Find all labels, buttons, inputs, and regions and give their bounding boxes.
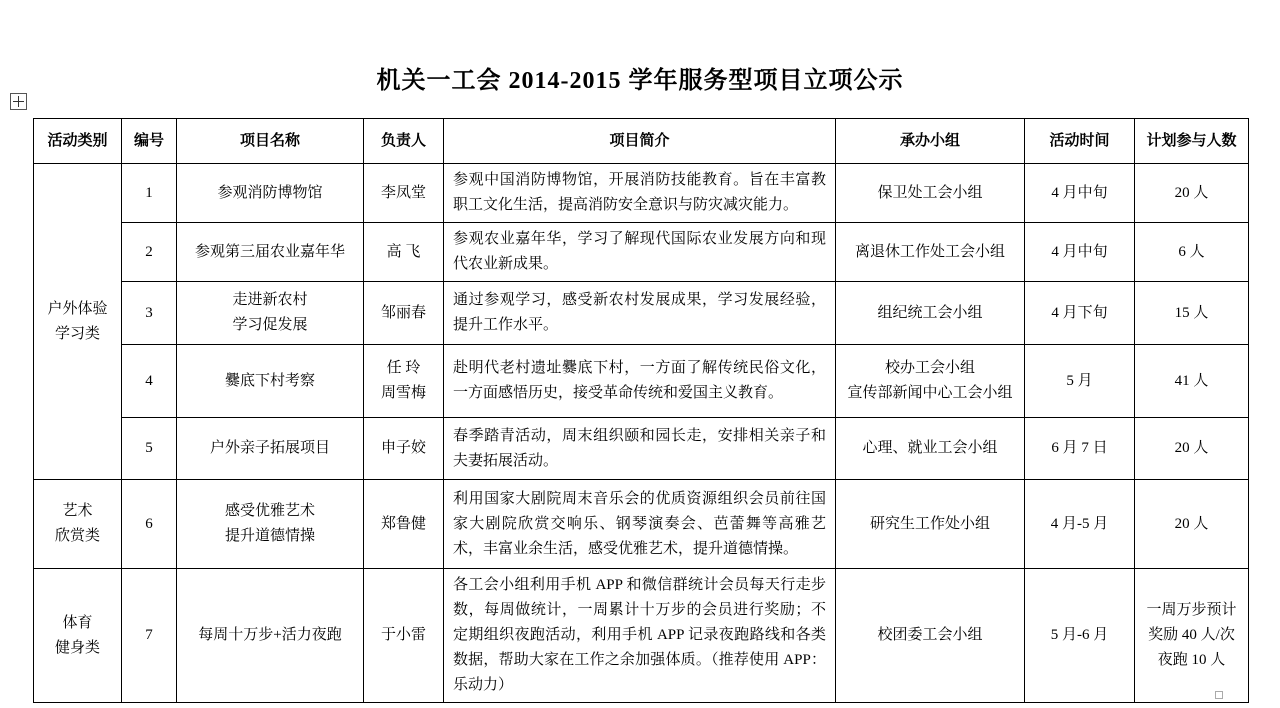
cell-participants[interactable]: 15 人	[1135, 282, 1249, 345]
cell-group[interactable]: 校办工会小组 宣传部新闻中心工会小组	[836, 345, 1025, 418]
header-no[interactable]: 编号	[122, 119, 177, 164]
header-leader[interactable]: 负责人	[364, 119, 444, 164]
cell-participants[interactable]: 20 人	[1135, 480, 1249, 569]
table-row: 艺术 欣赏类 6 感受优雅艺术 提升道德情操 郑鲁健 利用国家大剧院周末音乐会的…	[34, 480, 1249, 569]
cell-no[interactable]: 1	[122, 164, 177, 223]
cell-category[interactable]: 艺术 欣赏类	[34, 480, 122, 569]
cell-intro[interactable]: 赴明代老村遗址爨底下村，一方面了解传统民俗文化，一方面感悟历史，接受革命传统和爱…	[444, 345, 836, 418]
cell-group[interactable]: 离退休工作处工会小组	[836, 223, 1025, 282]
header-time[interactable]: 活动时间	[1025, 119, 1135, 164]
cell-category[interactable]: 户外体验 学习类	[34, 164, 122, 480]
table-header-row: 活动类别 编号 项目名称 负责人 项目简介 承办小组 活动时间 计划参与人数	[34, 119, 1249, 164]
cell-project-name[interactable]: 爨底下村考察	[177, 345, 364, 418]
cell-no[interactable]: 2	[122, 223, 177, 282]
header-intro[interactable]: 项目简介	[444, 119, 836, 164]
cell-leader[interactable]: 李凤堂	[364, 164, 444, 223]
cell-time[interactable]: 4 月下旬	[1025, 282, 1135, 345]
table-move-handle[interactable]	[10, 93, 27, 110]
document-page: 机关一工会 2014-2015 学年服务型项目立项公示 活动类别 编号 项目名称…	[0, 0, 1280, 708]
cell-time[interactable]: 5 月	[1025, 345, 1135, 418]
cell-no[interactable]: 5	[122, 418, 177, 480]
cell-intro[interactable]: 利用国家大剧院周末音乐会的优质资源组织会员前往国家大剧院欣赏交响乐、钢琴演奏会、…	[444, 480, 836, 569]
cell-project-name[interactable]: 户外亲子拓展项目	[177, 418, 364, 480]
table-row: 3 走进新农村 学习促发展 邹丽春 通过参观学习，感受新农村发展成果，学习发展经…	[34, 282, 1249, 345]
cell-intro[interactable]: 各工会小组利用手机 APP 和微信群统计会员每天行走步数，每周做统计，一周累计十…	[444, 569, 836, 703]
table-row: 体育 健身类 7 每周十万步+活力夜跑 于小雷 各工会小组利用手机 APP 和微…	[34, 569, 1249, 703]
cell-no[interactable]: 4	[122, 345, 177, 418]
cell-participants[interactable]: 6 人	[1135, 223, 1249, 282]
cell-project-name[interactable]: 走进新农村 学习促发展	[177, 282, 364, 345]
cell-time[interactable]: 4 月中旬	[1025, 223, 1135, 282]
cell-leader[interactable]: 郑鲁健	[364, 480, 444, 569]
cell-project-name[interactable]: 每周十万步+活力夜跑	[177, 569, 364, 703]
header-project-name[interactable]: 项目名称	[177, 119, 364, 164]
cell-leader[interactable]: 高 飞	[364, 223, 444, 282]
cell-intro[interactable]: 春季踏青活动，周末组织颐和园长走，安排相关亲子和夫妻拓展活动。	[444, 418, 836, 480]
cell-category[interactable]: 体育 健身类	[34, 569, 122, 703]
cell-intro[interactable]: 通过参观学习，感受新农村发展成果，学习发展经验，提升工作水平。	[444, 282, 836, 345]
cell-project-name[interactable]: 参观第三届农业嘉年华	[177, 223, 364, 282]
cell-group[interactable]: 心理、就业工会小组	[836, 418, 1025, 480]
cell-intro[interactable]: 参观中国消防博物馆，开展消防技能教育。旨在丰富教职工文化生活，提高消防安全意识与…	[444, 164, 836, 223]
cell-project-name[interactable]: 参观消防博物馆	[177, 164, 364, 223]
table-row: 户外体验 学习类 1 参观消防博物馆 李凤堂 参观中国消防博物馆，开展消防技能教…	[34, 164, 1249, 223]
table-resize-handle[interactable]	[1215, 691, 1223, 699]
plus-icon	[13, 101, 24, 102]
page-title[interactable]: 机关一工会 2014-2015 学年服务型项目立项公示	[0, 60, 1280, 95]
cell-project-name[interactable]: 感受优雅艺术 提升道德情操	[177, 480, 364, 569]
cell-participants[interactable]: 一周万步预计 奖励 40 人/次 夜跑 10 人	[1135, 569, 1249, 703]
cell-participants[interactable]: 20 人	[1135, 164, 1249, 223]
cell-participants[interactable]: 20 人	[1135, 418, 1249, 480]
cell-leader[interactable]: 申子姣	[364, 418, 444, 480]
table-row: 2 参观第三届农业嘉年华 高 飞 参观农业嘉年华，学习了解现代国际农业发展方向和…	[34, 223, 1249, 282]
cell-no[interactable]: 6	[122, 480, 177, 569]
header-participants[interactable]: 计划参与人数	[1135, 119, 1249, 164]
cell-leader[interactable]: 邹丽春	[364, 282, 444, 345]
cell-group[interactable]: 组纪统工会小组	[836, 282, 1025, 345]
cell-group[interactable]: 校团委工会小组	[836, 569, 1025, 703]
cell-no[interactable]: 3	[122, 282, 177, 345]
cell-no[interactable]: 7	[122, 569, 177, 703]
cell-participants[interactable]: 41 人	[1135, 345, 1249, 418]
header-group[interactable]: 承办小组	[836, 119, 1025, 164]
table-row: 4 爨底下村考察 任 玲 周雪梅 赴明代老村遗址爨底下村，一方面了解传统民俗文化…	[34, 345, 1249, 418]
table-row: 5 户外亲子拓展项目 申子姣 春季踏青活动，周末组织颐和园长走，安排相关亲子和夫…	[34, 418, 1249, 480]
cell-intro[interactable]: 参观农业嘉年华，学习了解现代国际农业发展方向和现代农业新成果。	[444, 223, 836, 282]
cell-group[interactable]: 保卫处工会小组	[836, 164, 1025, 223]
projects-table: 活动类别 编号 项目名称 负责人 项目简介 承办小组 活动时间 计划参与人数 户…	[33, 118, 1249, 703]
cell-time[interactable]: 4 月-5 月	[1025, 480, 1135, 569]
cell-time[interactable]: 6 月 7 日	[1025, 418, 1135, 480]
cell-leader[interactable]: 任 玲 周雪梅	[364, 345, 444, 418]
cell-time[interactable]: 5 月-6 月	[1025, 569, 1135, 703]
cell-time[interactable]: 4 月中旬	[1025, 164, 1135, 223]
header-category[interactable]: 活动类别	[34, 119, 122, 164]
cell-group[interactable]: 研究生工作处小组	[836, 480, 1025, 569]
cell-leader[interactable]: 于小雷	[364, 569, 444, 703]
